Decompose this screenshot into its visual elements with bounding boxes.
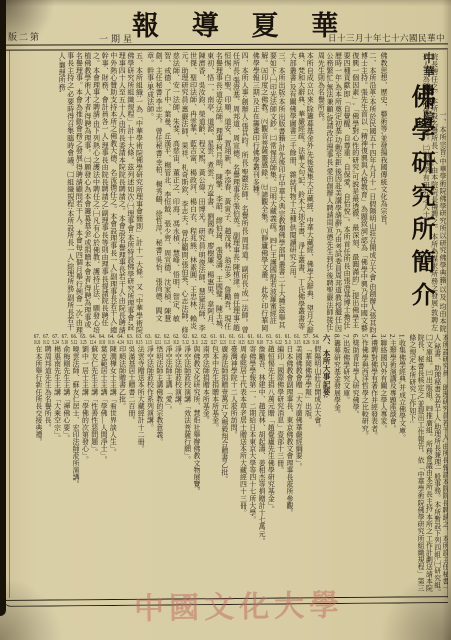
section-personnel: 四、本所人事:創辦人:張其昀。所長:聖嚴法師。名譽所長:周邦道。副所長:成一法師… [146, 52, 249, 334]
event-entry-part: 日本佛教會副理事長、東京佛教文會理事長蒞所參觀。 [285, 346, 292, 516]
event-entry-part: 曉雲法師、蘇友仁居士、宏印法師蒞所演講。 [71, 346, 78, 488]
event-entry-part: 吳滿基居士贈書二百冊。 [127, 346, 134, 424]
article-body-upper: 佛教思想、歷史、藝術等,並發揚我國傳統文化為宗旨。 二、本所沿革:本所於民國五十… [10, 52, 388, 334]
event-entry: 62.5.12淨空法師蒞校演講「效法菩薩行願」。 [181, 334, 189, 596]
work-item: 2.主辦學術演講及專題座談會。 [387, 334, 395, 596]
event-entry: 64.4.24印順法師贈書乙批。 [116, 334, 124, 596]
university-stamp-watermark: 中國文化大學 [134, 580, 345, 628]
event-entry: 64.12.4蘇友仁先生主講「性善性惡問題」。 [88, 334, 96, 596]
event-entry-part: 趙恒惕先生捐八萬元贈「趙覺廬先生佛學研究基金」。 [266, 346, 273, 513]
event-entry: 61.3.15美國佛教會贈「大方廣佛華嚴經綱要」。 [293, 334, 301, 596]
event-entry-part: 淨空法師主講「愛」。 [164, 346, 171, 414]
event-entry-part: 包本中先生捐贈本所基金。 [211, 346, 218, 431]
event-entry: 61.11.12臺灣神學院十二人蒞所訪問。 [228, 334, 236, 596]
event-entry: 66.5.12曉雲法師、蘇友仁居士、宏印法師蒞所演講。 [70, 334, 78, 596]
event-entry: 65.3.25劉中一居士主講「學佛的次第發心」。 [79, 334, 87, 596]
section-objective-cont: 佛教思想、歷史、藝術等,並發揚我國傳統文化為宗旨。 [379, 52, 388, 334]
work-item: 1.收集佛學經典,并成立佛學文庫。 [396, 334, 404, 596]
event-entry: 64.10.30葉克範居士主講「學佛—人間淨土」。 [98, 334, 106, 596]
section-organization: 五、本所組織:一為「中華學術院佛學研究所理事會簡則」,計十一大條。又「中華學術院… [58, 52, 144, 334]
event-entry-part: 假陽明山莊召開成立大會。 [313, 346, 320, 431]
work-item: 3.聯絡國內外有關之學人專家。 [378, 334, 386, 596]
event-entry-part: 淨空法師蒞校演講。 [173, 346, 180, 410]
event-entry: 64.10.16陳潤樺女士主講「看世界談人生」。 [107, 334, 115, 596]
section-history: 二、本所沿革:本所於民國五十四年九月十一日假陽明山莊召開成立大會,由創辦人張其昀… [317, 52, 377, 334]
event-entry-part: 詹勵吾、林建中、趙茂林、胡起濤、姜相杰等捐贈計十七萬元。 [257, 346, 264, 545]
event-entry-part: 葉克範居士主講「學佛—人間淨土」。 [99, 346, 106, 463]
page-number-label: 版二第 [8, 30, 41, 43]
event-entry: 62.11.21淨空法師主講「愛」。 [163, 334, 171, 596]
event-entry-part: 淨空法師蒞校演講「效法菩薩行願」。 [183, 346, 190, 463]
event-entry-part: 寄佛學學報第一、二期給日本東京大學等四十七所大學。 [248, 346, 255, 524]
event-entry-part: 南亭法師捐贈本所基金。 [201, 346, 208, 424]
event-entry-part: 楊惠南先生主講「大乘空宗」。 [53, 346, 60, 442]
event-entry: 57.8.26「華岡佛學學報」出版。 [302, 334, 310, 596]
event-entry-part: 廣善法師捐贈壹萬元,又楊毅翔合贈書乙批。 [220, 346, 227, 483]
section-publications: 三、本所出版:本所出版書籍,計先後印行中華大典宗教類佛學部門叢書二十大種,茲舉其… [252, 52, 286, 334]
event-entry: 62.10.21淨空法師蒞校演講。 [172, 334, 180, 596]
event-entry-part: 陳潤樺女士主講「看世界談人生」。 [108, 346, 115, 456]
event-entry-part: 印順法師贈書乙批。 [118, 346, 125, 410]
section-objective: 一、本所宗旨:中華學術院佛學研究所以研究佛學典籍,以及 [439, 111, 447, 301]
event-entry: 61.5.1日本佛教會副理事長、東京佛教文會理事長蒞所參觀。 [284, 334, 292, 596]
event-entry: 62.2.22南亭法師捐贈本所基金。 [200, 334, 208, 596]
event-entry: 67.5.10俞梅剛先生主講「禪佛心要」。 [61, 334, 69, 596]
event-entry: 67.10.26在本所舉行新任所長交接典禮。 [33, 334, 41, 596]
event-entry-part: 淨空法師蒞校作系列演講。 [146, 346, 153, 431]
event-entry-part: 美國佛教會贈「大方廣佛華嚴經綱要」。 [294, 346, 301, 470]
event-entry: 61.12.21廣善法師捐贈壹萬元,又楊毅翔合贈書乙批。 [219, 334, 227, 596]
event-entry-part: 與佛教文化研究所、慧炬社舉辦佛教文物展覽。 [192, 346, 199, 495]
event-entry: 61.10.25周春熙居士代表本草老居士贈送本所大藏經四十三冊。 [237, 334, 245, 596]
work-item: 7.出版佛學研究文庫。 [340, 334, 348, 596]
event-entry: 61.7.3趙恒惕先生捐八萬元贈「趙覺廬先生佛學研究基金」。 [265, 334, 273, 596]
section-regulation-cont: 本所設研究員、助理研究員若干人,由所長報請本院院長聘請之。本所設主任秘書一人,秘… [407, 334, 448, 596]
event-entry-part: 法雲寺贈送本所大藏經計十二冊。 [136, 346, 143, 453]
event-entry-part: 聘周邦道先生為名譽所長。 [43, 346, 50, 431]
event-entry-part: 編印「國際佛學研究消息」壹部十三冊。 [276, 346, 283, 474]
event-entry: 61.8.10詹勵吾、林建中、趙茂林、胡起濤、姜相杰等捐贈計十七萬元。 [256, 334, 264, 596]
newspaper-title: 報 導 夏 華 [132, 4, 332, 43]
article-body-lower: 本所設研究員、助理研究員若干人,由所長報請本院院長聘請之。本所設主任秘書一人,秘… [8, 334, 448, 596]
event-entry: 67.10.12聘周邦道先生為名譽所長。 [42, 334, 50, 596]
scan-edge-left [0, 0, 6, 616]
date-label: 日十三月十年七十六國民華中 [328, 32, 445, 44]
event-entry: 62.3.1與佛教文化研究所、慧炬社舉辦佛教文物展覽。 [191, 334, 199, 596]
event-entry-part: 在本所舉行新任所長交接典禮。 [34, 346, 41, 445]
work-item: 8.籌募研究基金發展學金。 [331, 334, 339, 596]
section-events-header: 六、本所大事記要: [322, 334, 330, 596]
event-entry-part: 悟明法師主講佛教的宗教意義。 [155, 346, 162, 445]
event-entry-part: 「華岡佛學學報」出版。 [304, 346, 311, 424]
event-entry-part: 周春熙居士代表本草老居士贈送本所大藏經四十三冊。 [238, 346, 245, 516]
event-entry: 63.1.13淨空法師蒞校作系列演講。 [144, 334, 152, 596]
work-item: 6.獎助青年學人研究佛學。 [350, 334, 358, 596]
event-entry: 61.12.27包本中先生捐贈本所基金。 [209, 334, 217, 596]
event-entry-part: 俞梅剛先生主講「禪佛心要」。 [62, 346, 69, 442]
event-entry-part: 劉中一居士主講「學佛的次第發心」。 [80, 346, 87, 463]
event-entry: 61.6.22編印「國際佛學研究消息」壹部十三冊。 [274, 334, 282, 596]
section-library: 本所自成立以來,除籌募基金外,先後蒐集大正藏經、中華大藏經、佛學大辭典、望月大辭… [288, 52, 314, 334]
event-entry: 61.8.23寄佛學學報第一、二期給日本東京大學等四十七所大學。 [246, 334, 254, 596]
work-item: 4.禮聘對佛學有著作并經發表者。 [368, 334, 376, 596]
event-entry: 63.9.21吳滿基居士贈書二百冊。 [126, 334, 134, 596]
event-entry: 62.12.12悟明法師主講佛教的宗教意義。 [154, 334, 162, 596]
event-entry: 63.8.15法雲寺贈送本所大藏經計十二冊。 [135, 334, 143, 596]
weekday-label: 一期星 [99, 32, 135, 45]
work-item: 5.作佛學與西洋哲學之比較研究。 [359, 334, 367, 596]
event-entry: 54.9.10假陽明山莊召開成立大會。 [312, 334, 320, 596]
article-headline: 佛學研究所簡介 [405, 84, 435, 336]
event-entry-part: 蘇友仁先生主講「性善性惡問題」。 [90, 346, 97, 456]
event-entry-part: 臺灣神學院十二人蒞所訪問。 [229, 346, 236, 438]
masthead-divider [4, 43, 448, 50]
newspaper-page: 版二第 一期星 報 導 夏 華 日十三月十年七十六國民華中 中華 學術院 一、本… [0, 0, 451, 640]
event-entry: 67.5.24楊惠南先生主講「大乘空宗」。 [51, 334, 59, 596]
